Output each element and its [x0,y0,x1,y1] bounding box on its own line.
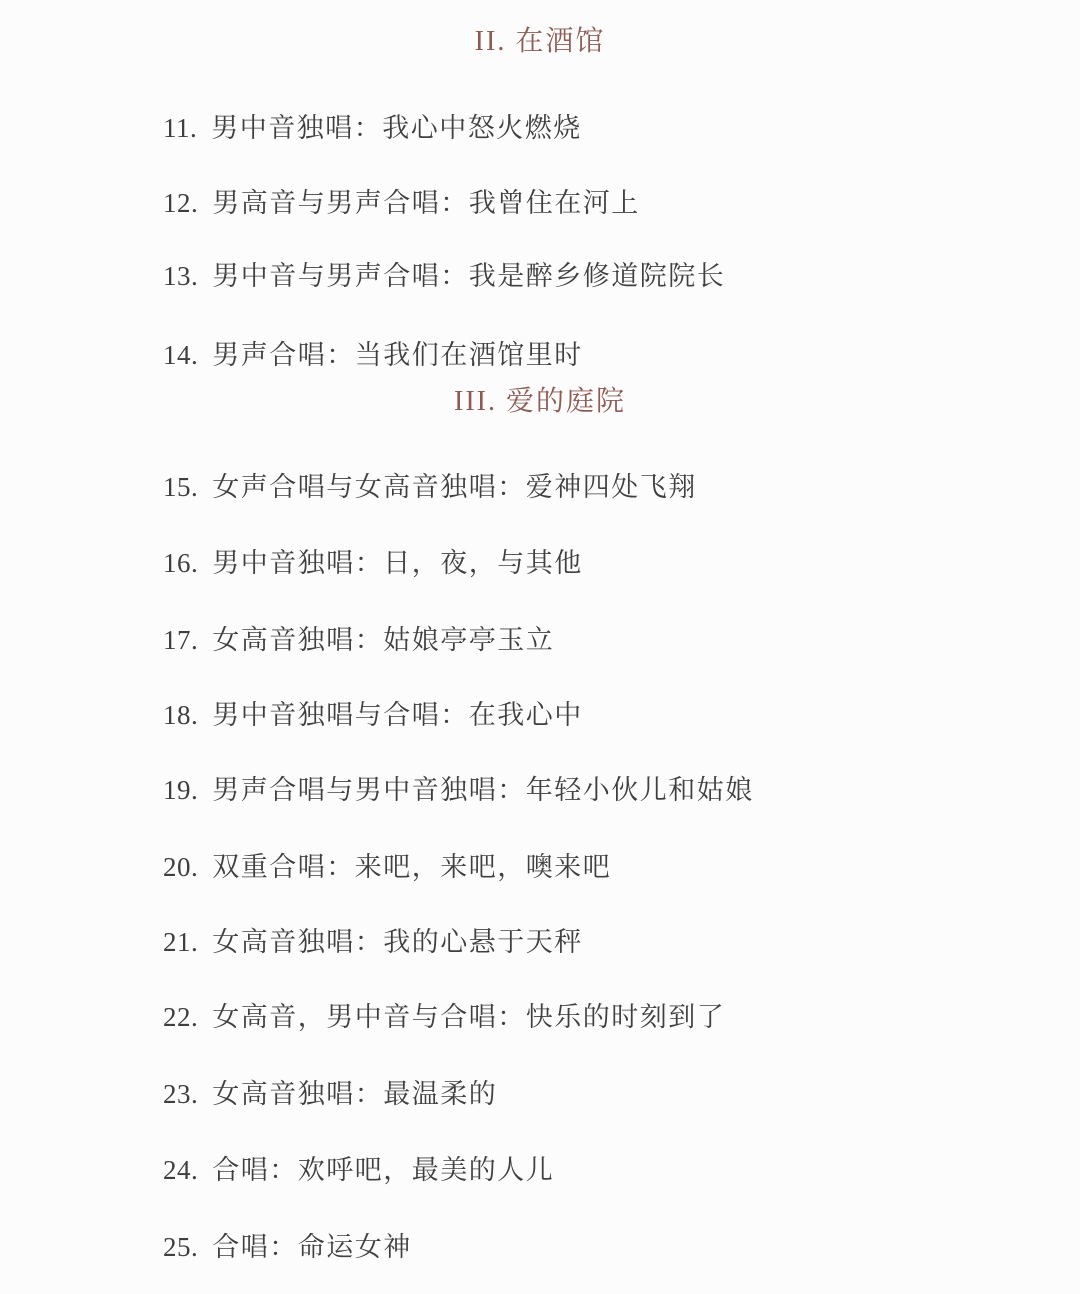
item-number: 19. [163,774,198,806]
item-text: 双重合唱：来吧，来吧，噢来吧 [212,852,611,882]
item-number: 14. [163,339,198,371]
item-text: 男声合唱：当我们在酒馆里时 [212,340,583,370]
item-text: 男中音独唱：日，夜，与其他 [212,548,583,578]
list-item: 21.女高音独唱：我的心悬于天秤 [163,926,1040,958]
list-item: 20.双重合唱：来吧，来吧，噢来吧 [163,851,1040,883]
item-number: 12. [163,187,198,219]
item-text: 合唱：欢呼吧，最美的人儿 [212,1155,554,1185]
item-number: 11. [163,112,197,144]
item-text: 女声合唱与女高音独唱：爱神四处飞翔 [212,472,697,502]
item-text: 男高音与男声合唱：我曾住在河上 [212,188,640,218]
item-number: 21. [163,926,198,958]
document-page: II. 在酒馆 11.男中音独唱：我心中怒火燃烧 12.男高音与男声合唱：我曾住… [0,0,1080,1294]
list-item: 17.女高音独唱：姑娘亭亭玉立 [163,624,1040,656]
list-item: 25.合唱：命运女神 [163,1231,1040,1263]
item-number: 17. [163,624,198,656]
item-text: 合唱：命运女神 [212,1232,412,1262]
list-item: 19.男声合唱与男中音独唱：年轻小伙儿和姑娘 [163,774,1040,806]
list-item: 18.男中音独唱与合唱：在我心中 [163,699,1040,731]
item-text: 女高音独唱：姑娘亭亭玉立 [212,625,554,655]
item-number: 18. [163,699,198,731]
list-item: 12.男高音与男声合唱：我曾住在河上 [163,187,1040,219]
item-number: 22. [163,1001,198,1033]
item-number: 16. [163,547,198,579]
section-heading-3: III. 爱的庭院 [0,386,1080,418]
item-number: 25. [163,1231,198,1263]
list-item: 13.男中音与男声合唱：我是醉乡修道院院长 [163,260,1040,292]
item-number: 13. [163,260,198,292]
item-text: 女高音独唱：我的心悬于天秤 [212,927,583,957]
list-item: 22.女高音，男中音与合唱：快乐的时刻到了 [163,1001,1040,1033]
section-heading-2: II. 在酒馆 [0,26,1080,58]
item-text: 男声合唱与男中音独唱：年轻小伙儿和姑娘 [212,775,754,805]
list-item: 23.女高音独唱：最温柔的 [163,1078,1040,1110]
item-text: 女高音，男中音与合唱：快乐的时刻到了 [212,1002,725,1032]
item-number: 24. [163,1154,198,1186]
item-number: 15. [163,471,198,503]
item-text: 女高音独唱：最温柔的 [212,1079,497,1109]
item-text: 男中音与男声合唱：我是醉乡修道院院长 [212,261,725,291]
list-item: 15.女声合唱与女高音独唱：爱神四处飞翔 [163,471,1040,503]
list-item: 24.合唱：欢呼吧，最美的人儿 [163,1154,1040,1186]
item-text: 男中音独唱与合唱：在我心中 [212,700,583,730]
item-number: 23. [163,1078,198,1110]
list-item: 14.男声合唱：当我们在酒馆里时 [163,339,1040,371]
list-item: 16.男中音独唱：日，夜，与其他 [163,547,1040,579]
item-text: 男中音独唱：我心中怒火燃烧 [211,113,582,143]
item-number: 20. [163,851,198,883]
list-item: 11.男中音独唱：我心中怒火燃烧 [163,112,1040,144]
